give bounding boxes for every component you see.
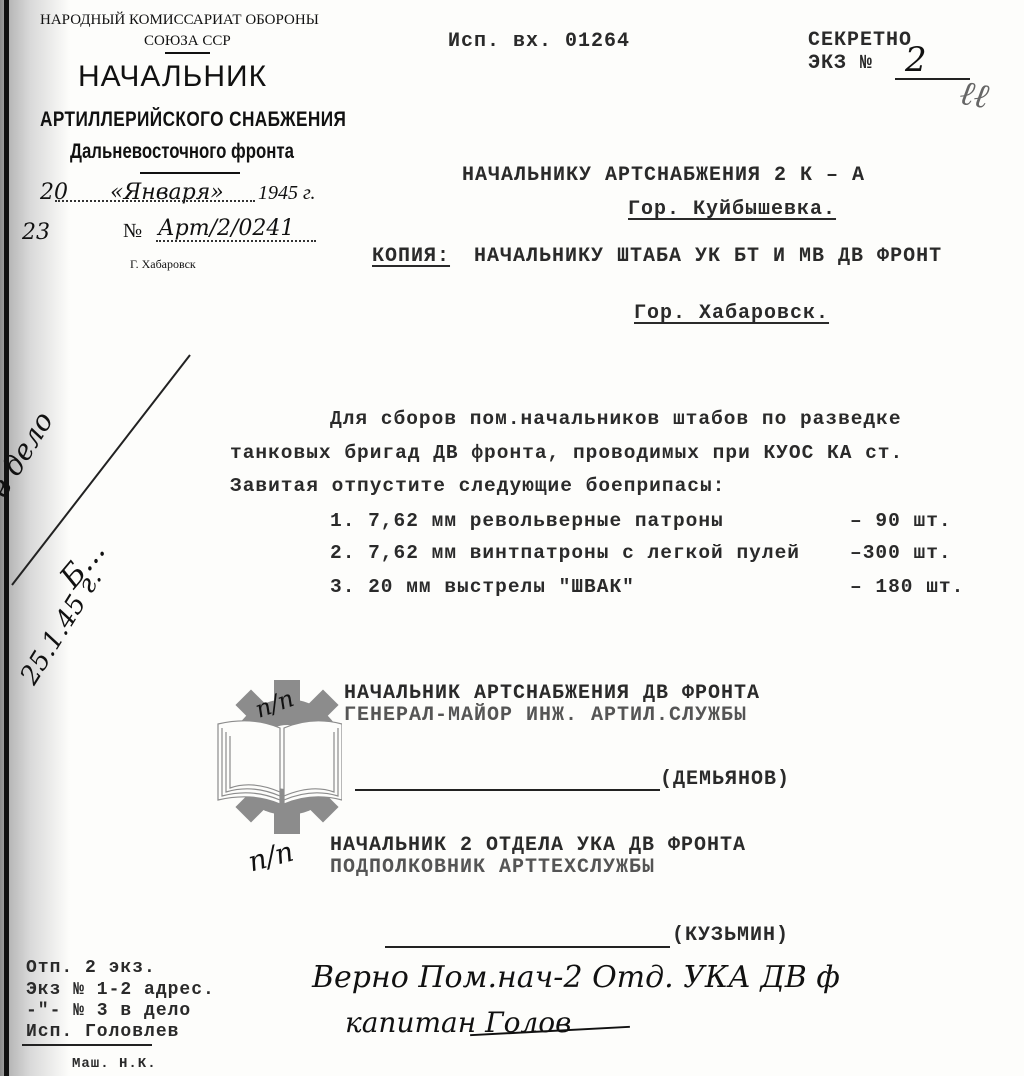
number-prefix: 23 bbox=[22, 220, 50, 245]
verification-note: Верно Пом.нач-2 Отд. УКА ДВ ф bbox=[312, 960, 840, 995]
letterhead-union: СОЮЗА ССР bbox=[144, 33, 231, 50]
list-item: 3. 20 мм выстрелы "ШВАК" bbox=[330, 576, 635, 598]
incoming-reference: Исп. вх. 01264 bbox=[448, 30, 630, 53]
date-dotted-line bbox=[55, 200, 255, 202]
addressee-city: Гор. Куйбышевка. bbox=[628, 198, 836, 221]
copy-number-value: 2 bbox=[905, 40, 927, 80]
list-item-qty: – 90 шт. bbox=[850, 510, 952, 532]
letterhead-rule bbox=[165, 52, 210, 54]
signature-line bbox=[385, 946, 670, 948]
verification-signature: капитан Голов bbox=[345, 1006, 571, 1039]
typist: Маш. Н.К. bbox=[72, 1056, 157, 1072]
body-line-2: танковых бригад ДВ фронта, проводимых пр… bbox=[230, 442, 903, 464]
signatory-name: (КУЗЬМИН) bbox=[672, 924, 789, 947]
signatory-title: НАЧАЛЬНИК 2 ОТДЕЛА УКА ДВ ФРОНТА bbox=[330, 834, 746, 857]
signatory-rank: ГЕНЕРАЛ-МАЙОР ИНЖ. АРТИЛ.СЛУЖБЫ bbox=[344, 704, 747, 727]
list-item-qty: – 180 шт. bbox=[850, 576, 964, 598]
letterhead-subtitle-2: Дальневосточного фронта bbox=[70, 140, 294, 164]
copy-addressee-city: Гор. Хабаровск. bbox=[634, 302, 829, 325]
margin-stroke bbox=[10, 320, 220, 680]
letterhead-city: Г. Хабаровск bbox=[130, 257, 196, 272]
copy-number-label: ЭКЗ № bbox=[808, 52, 873, 75]
number-sign: № bbox=[123, 220, 142, 243]
signatory-name: (ДЕМЬЯНОВ) bbox=[660, 768, 790, 791]
footer-line: Исп. Головлев bbox=[26, 1022, 179, 1042]
footer-line: -"- № 3 в дело bbox=[26, 1001, 191, 1021]
letterhead-rule-2 bbox=[140, 172, 240, 174]
copy-number-underline bbox=[895, 78, 970, 80]
body-line-3: Завитая отпустите следующие боеприпасы: bbox=[230, 475, 725, 497]
margin-resolution: в дело Б... 25.1.45 г. bbox=[10, 320, 220, 680]
signature-line bbox=[355, 789, 660, 791]
handwritten-initial-mark: ℓℓ bbox=[957, 73, 992, 117]
letterhead-ministry: НАРОДНЫЙ КОМИССАРИАТ ОБОРОНЫ bbox=[40, 12, 319, 29]
addressee-line-1: НАЧАЛЬНИКУ АРТСНАБЖЕНИЯ 2 К – А bbox=[462, 164, 865, 187]
footer-line: Отп. 2 экз. bbox=[26, 958, 156, 978]
footer-underline bbox=[22, 1044, 152, 1046]
signatory-rank: ПОДПОЛКОВНИК АРТТЕХСЛУЖБЫ bbox=[330, 856, 655, 879]
document-number: Арт/2/0241 bbox=[158, 216, 294, 241]
signature-initials: п/п bbox=[245, 835, 297, 879]
letterhead-subtitle-1: АРТИЛЛЕРИЙСКОГО СНАБЖЕНИЯ bbox=[40, 108, 346, 132]
letterhead-title: НАЧАЛЬНИК bbox=[78, 60, 267, 94]
date-year: 1945 г. bbox=[258, 182, 316, 205]
scan-edge-border bbox=[4, 0, 9, 1076]
copy-label: КОПИЯ: bbox=[372, 245, 450, 268]
number-dotted-line bbox=[156, 240, 316, 242]
copy-addressee: НАЧАЛЬНИКУ ШТАБА УК БТ И МВ ДВ ФРОНТ bbox=[474, 245, 942, 268]
body-line-1: Для сборов пом.начальников штабов по раз… bbox=[330, 408, 902, 430]
footer-line: Экз № 1-2 адрес. bbox=[26, 980, 215, 1000]
signatory-title: НАЧАЛЬНИК АРТСНАБЖЕНИЯ ДВ ФРОНТА bbox=[344, 682, 760, 705]
list-item: 2. 7,62 мм винтпатроны с легкой пулей bbox=[330, 542, 800, 564]
list-item-qty: –300 шт. bbox=[850, 542, 952, 564]
list-item: 1. 7,62 мм револьверные патроны bbox=[330, 510, 724, 532]
classification-stamp: СЕКРЕТНО bbox=[808, 30, 912, 52]
